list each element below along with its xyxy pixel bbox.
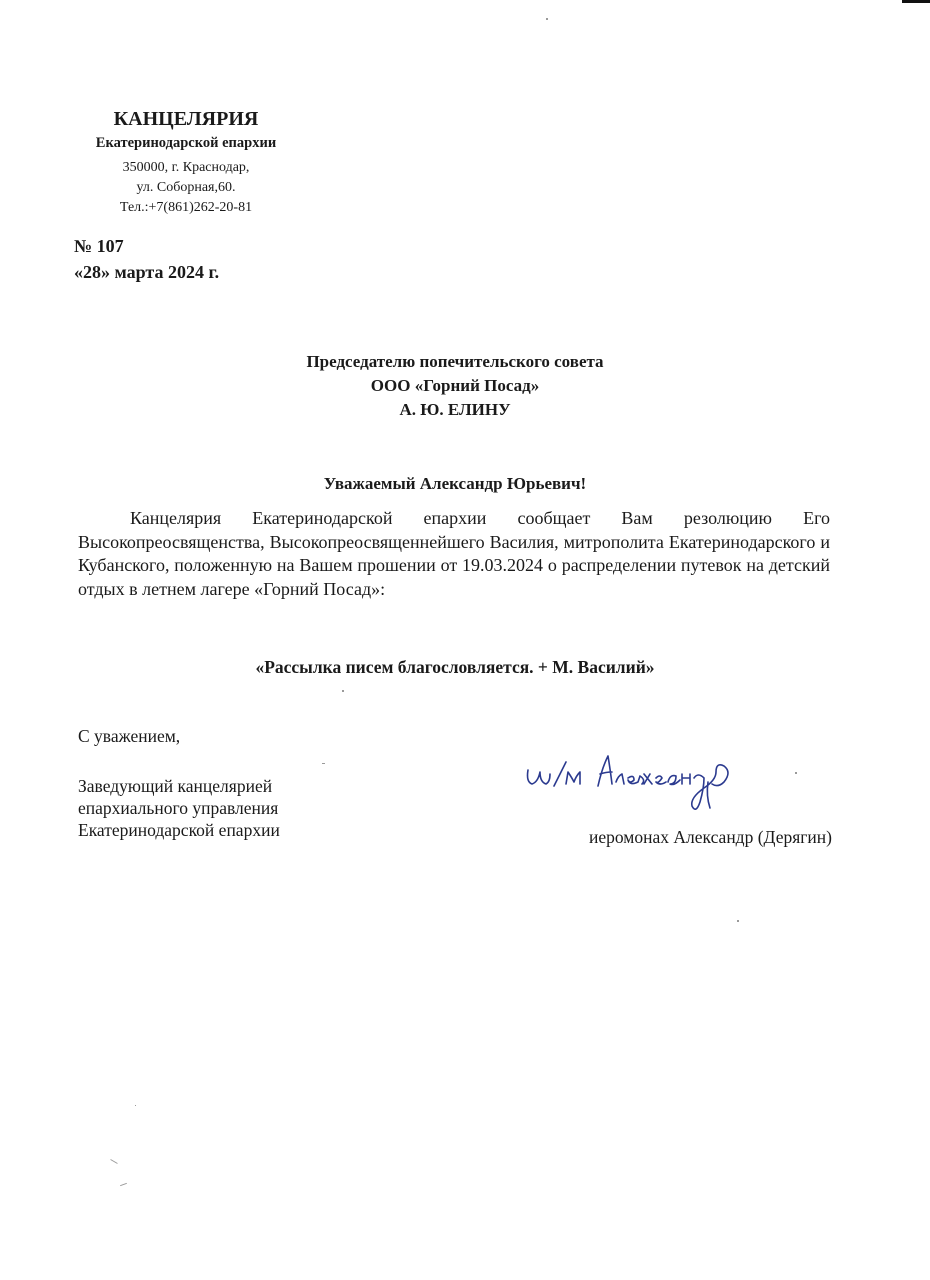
signer-position: Заведующий канцелярией епархиального упр… (78, 775, 280, 841)
address-line: 350000, г. Краснодар, (60, 158, 312, 178)
scan-speck (546, 18, 548, 20)
scan-speck (110, 1159, 117, 1164)
signer-position-line: Екатеринодарской епархии (78, 819, 280, 841)
handwritten-signature (520, 748, 770, 818)
scan-speck (322, 763, 325, 764)
document-date: «28» марта 2024 г. (74, 259, 219, 285)
phone-line: Тел.:+7(861)262-20-81 (60, 198, 312, 218)
letterhead-address: 350000, г. Краснодар, ул. Соборная,60. Т… (60, 158, 312, 218)
scan-corner-mark (902, 0, 930, 3)
scan-speck (135, 1105, 136, 1106)
scan-speck (342, 690, 344, 692)
addressee-block: Председателю попечительского совета ООО … (200, 350, 710, 422)
addressee-line: А. Ю. ЕЛИНУ (200, 398, 710, 422)
signer-position-line: епархиального управления (78, 797, 280, 819)
document-number: № 107 (74, 233, 124, 259)
resolution-quote: «Рассылка писем благословляется. + М. Ва… (120, 655, 790, 679)
signer-position-line: Заведующий канцелярией (78, 775, 280, 797)
letterhead-subtitle: Екатеринодарской епархии (60, 132, 312, 154)
salutation: Уважаемый Александр Юрьевич! (200, 472, 710, 496)
closing-phrase: С уважением, (78, 724, 180, 748)
addressee-line: ООО «Горний Посад» (200, 374, 710, 398)
letterhead-title: КАНЦЕЛЯРИЯ (60, 106, 312, 132)
letterhead: КАНЦЕЛЯРИЯ Екатеринодарской епархии 3500… (60, 106, 312, 218)
scan-speck (120, 1183, 127, 1186)
addressee-line: Председателю попечительского совета (200, 350, 710, 374)
body-paragraph: Канцелярия Екатеринодарской епархии сооб… (78, 507, 830, 601)
scan-speck (795, 772, 797, 774)
signer-name: иеромонах Александр (Дерягин) (589, 825, 832, 849)
address-line: ул. Соборная,60. (60, 178, 312, 198)
scan-speck (737, 920, 739, 922)
